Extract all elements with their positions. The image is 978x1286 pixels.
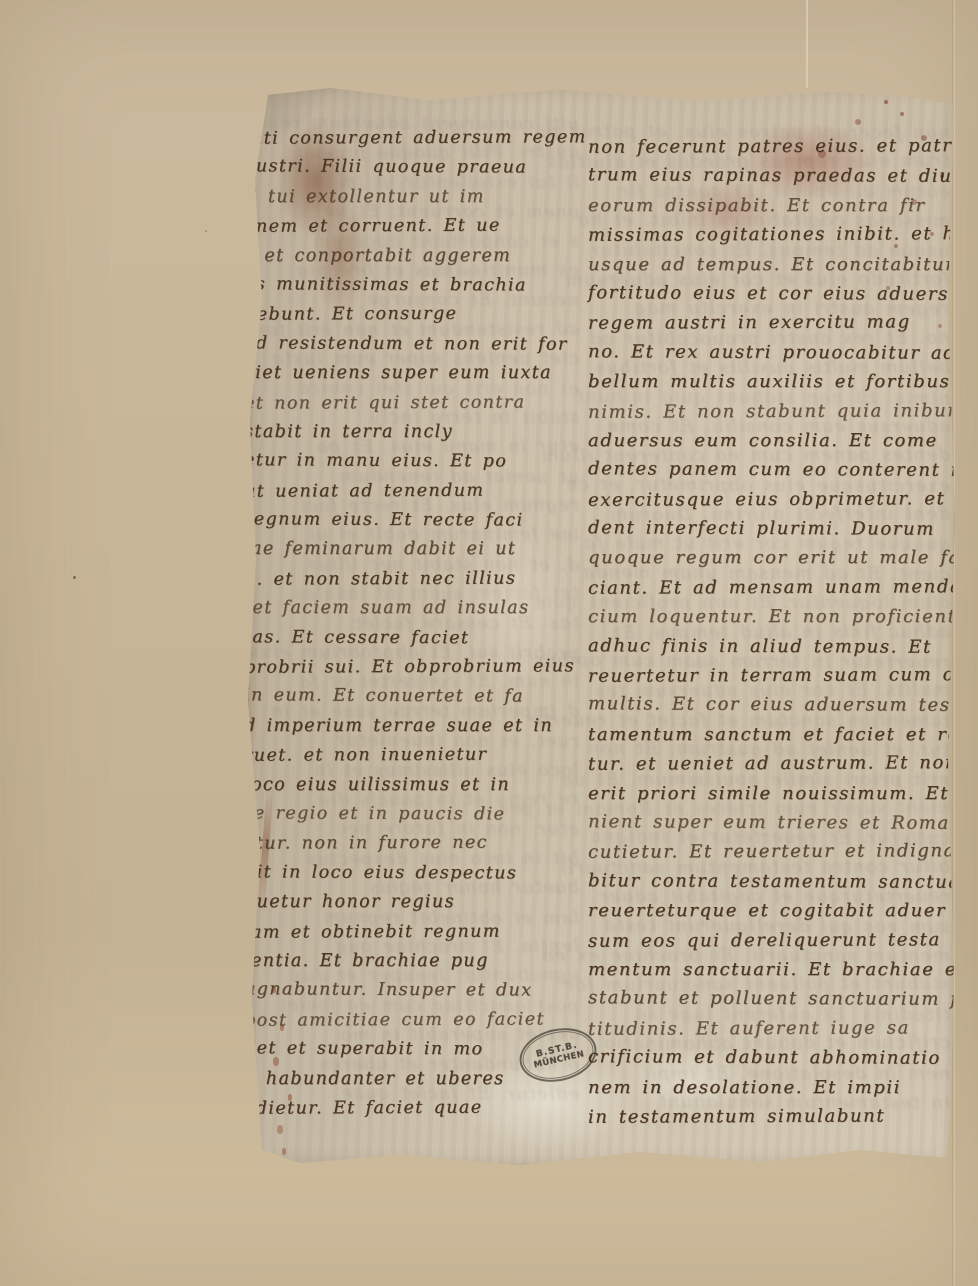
manuscript-text-line: tur. et ueniet ad austrum. Et non <box>588 748 950 779</box>
manuscript-text-line: lam et obtinebit regnum <box>244 917 579 948</box>
manuscript-text-line: no. Et rex austri prouocabitur ad <box>588 337 950 368</box>
manuscript-text-line: in testamentum simulabunt <box>588 1101 950 1132</box>
manuscript-text-line: nient super eum trieres et Romani et per <box>588 807 950 838</box>
manuscript-text-line: in eum. Et conuertet et fa <box>244 682 579 713</box>
manuscript-text-line: eorum dissipabit. Et contra fir <box>588 191 950 220</box>
manuscript-text-line: stabunt et polluent sanctuarium for <box>588 984 950 1015</box>
manuscript-text-line: etur in manu eius. Et po <box>244 447 579 478</box>
manuscript-text-line: dentes panem cum eo conterent illum <box>588 455 950 486</box>
manuscript-text-line: trum eius rapinas praedas et diuitias <box>588 161 950 192</box>
manuscript-text-line: crificium et dabunt abhominatio <box>588 1042 950 1073</box>
manuscript-text-line: exercitusque eius obprimetur. et ce <box>588 484 950 515</box>
manuscript-text-line: edietur. Et faciet quae <box>244 1093 579 1124</box>
manuscript-text-line: tamentum sanctum et faciet et reuerte <box>588 720 950 749</box>
manuscript-text-line: reuertetur in terram suam cum opibus <box>588 660 950 691</box>
manuscript-text-line: li tui extollentur ut im <box>244 183 579 212</box>
manuscript-text-line: ut ueniat ad tenendum <box>244 476 579 507</box>
manuscript-text-line: erit priori simile nouissimum. Et ue <box>588 779 950 808</box>
manuscript-text-line: d. et non stabit nec illius <box>244 564 579 595</box>
parchment-page: ulti consurgent aduersum regemaustri. Fi… <box>248 86 956 1166</box>
manuscript-text-line: usque ad tempus. Et concitabitur <box>588 250 950 279</box>
manuscript-text-line: bit in loco eius despectus <box>244 858 579 889</box>
manuscript-text-line: ciant. Et ad mensam unam menda <box>588 572 950 603</box>
red-stain-spatter <box>884 100 888 104</box>
manuscript-text-line: loco eius uilissimus et in <box>244 771 579 800</box>
manuscript-text-line: tas. Et cessare faciet <box>244 623 579 654</box>
manuscript-text-line: ciet ueniens super eum iuxta <box>244 359 579 388</box>
manuscript-text-line: bitur contra testamentum sanctuarii <box>588 866 950 897</box>
manuscript-text-line: ugnabuntur. Insuper et dux <box>244 976 579 1007</box>
manuscript-text-line: et non erit qui stet contra <box>244 388 579 419</box>
manuscript-text-line: onem et corruent. Et ue <box>244 211 579 242</box>
manuscript-text-line: nebunt. Et consurge <box>244 300 579 331</box>
manuscript-text-line: etur. non in furore nec <box>244 829 579 860</box>
manuscript-text-line: ulti consurgent aduersum regem <box>244 123 579 154</box>
manuscript-text-line: regem austri in exercitu mag <box>588 308 950 339</box>
manuscript-text-line: lentia. Et brachiae pug <box>244 947 579 976</box>
manuscript-text-line: aduersus eum consilia. Et come <box>588 426 950 455</box>
manuscript-text-line: cium loquentur. Et non proficient quia <box>588 602 950 631</box>
text-column-right: non fecerunt patres eius. et patres patr… <box>588 132 950 1131</box>
manuscript-text-line: re regio et in paucis die <box>244 799 579 830</box>
manuscript-text-line: regnum eius. Et recte faci <box>244 505 579 536</box>
manuscript-text-line: cutietur. Et reuertetur et indigna <box>588 837 950 868</box>
manuscript-text-line: bellum multis auxiliis et fortibus <box>588 367 950 396</box>
manuscript-text-line: s et conportabit aggerem <box>244 242 579 271</box>
manuscript-photo: ulti consurgent aduersum regemaustri. Fi… <box>0 0 978 1286</box>
manuscript-text-line: buetur honor regius <box>244 888 579 917</box>
manuscript-text-line: mentum sanctuarii. Et brachiae ex eo <box>588 955 950 984</box>
manuscript-text-line: d imperium terrae suae et in <box>244 712 579 741</box>
manuscript-text-line: sum eos qui dereliquerunt testa <box>588 925 950 956</box>
mat-speck <box>73 576 76 579</box>
manuscript-text-line: adhuc finis in aliud tempus. Et <box>588 631 950 662</box>
manuscript-text-line: ad resistendum et non erit for <box>244 329 579 360</box>
manuscript-text-line: iae feminarum dabit ei ut <box>244 535 579 564</box>
manuscript-text-line: es munitissimas et brachia <box>244 270 579 301</box>
manuscript-text-line: tet faciem suam ad insulas <box>244 594 579 623</box>
manuscript-text-line: nimis. Et non stabunt quia inibunt <box>588 396 950 427</box>
mat-seam-line-top <box>806 0 808 88</box>
manuscript-text-line: dent interfecti plurimi. Duorum <box>588 513 950 544</box>
manuscript-text-line: stabit in terra incly <box>244 418 579 447</box>
manuscript-text-line: quoque regum cor erit ut male fa <box>588 543 950 572</box>
manuscript-text-line: titudinis. Et auferent iuge sa <box>588 1013 950 1044</box>
manuscript-text-line: austri. Filii quoque praeua <box>244 153 579 184</box>
manuscript-text-line: ruet. et non inuenietur <box>244 740 579 771</box>
manuscript-text-line: multis. Et cor eius aduersum tes <box>588 690 950 721</box>
manuscript-text-line: nem in desolatione. Et impii <box>588 1073 950 1102</box>
text-column-left: ulti consurgent aduersum regemaustri. Fi… <box>244 124 579 1123</box>
manuscript-text-line: post amicitiae cum eo faciet <box>244 1005 579 1036</box>
manuscript-text-line: non fecerunt patres eius. et patres pa <box>588 131 950 162</box>
manuscript-text-line: probrii sui. Et obprobrium eius <box>244 652 579 683</box>
manuscript-text-line: missimas cogitationes inibit. et ho <box>588 219 950 250</box>
manuscript-text-line: reuerteturque et cogitabit aduer <box>588 896 950 925</box>
manuscript-text-line: fortitudo eius et cor eius aduersum <box>588 278 950 309</box>
mat-seam-line <box>952 0 955 1286</box>
mat-speck <box>205 230 207 232</box>
